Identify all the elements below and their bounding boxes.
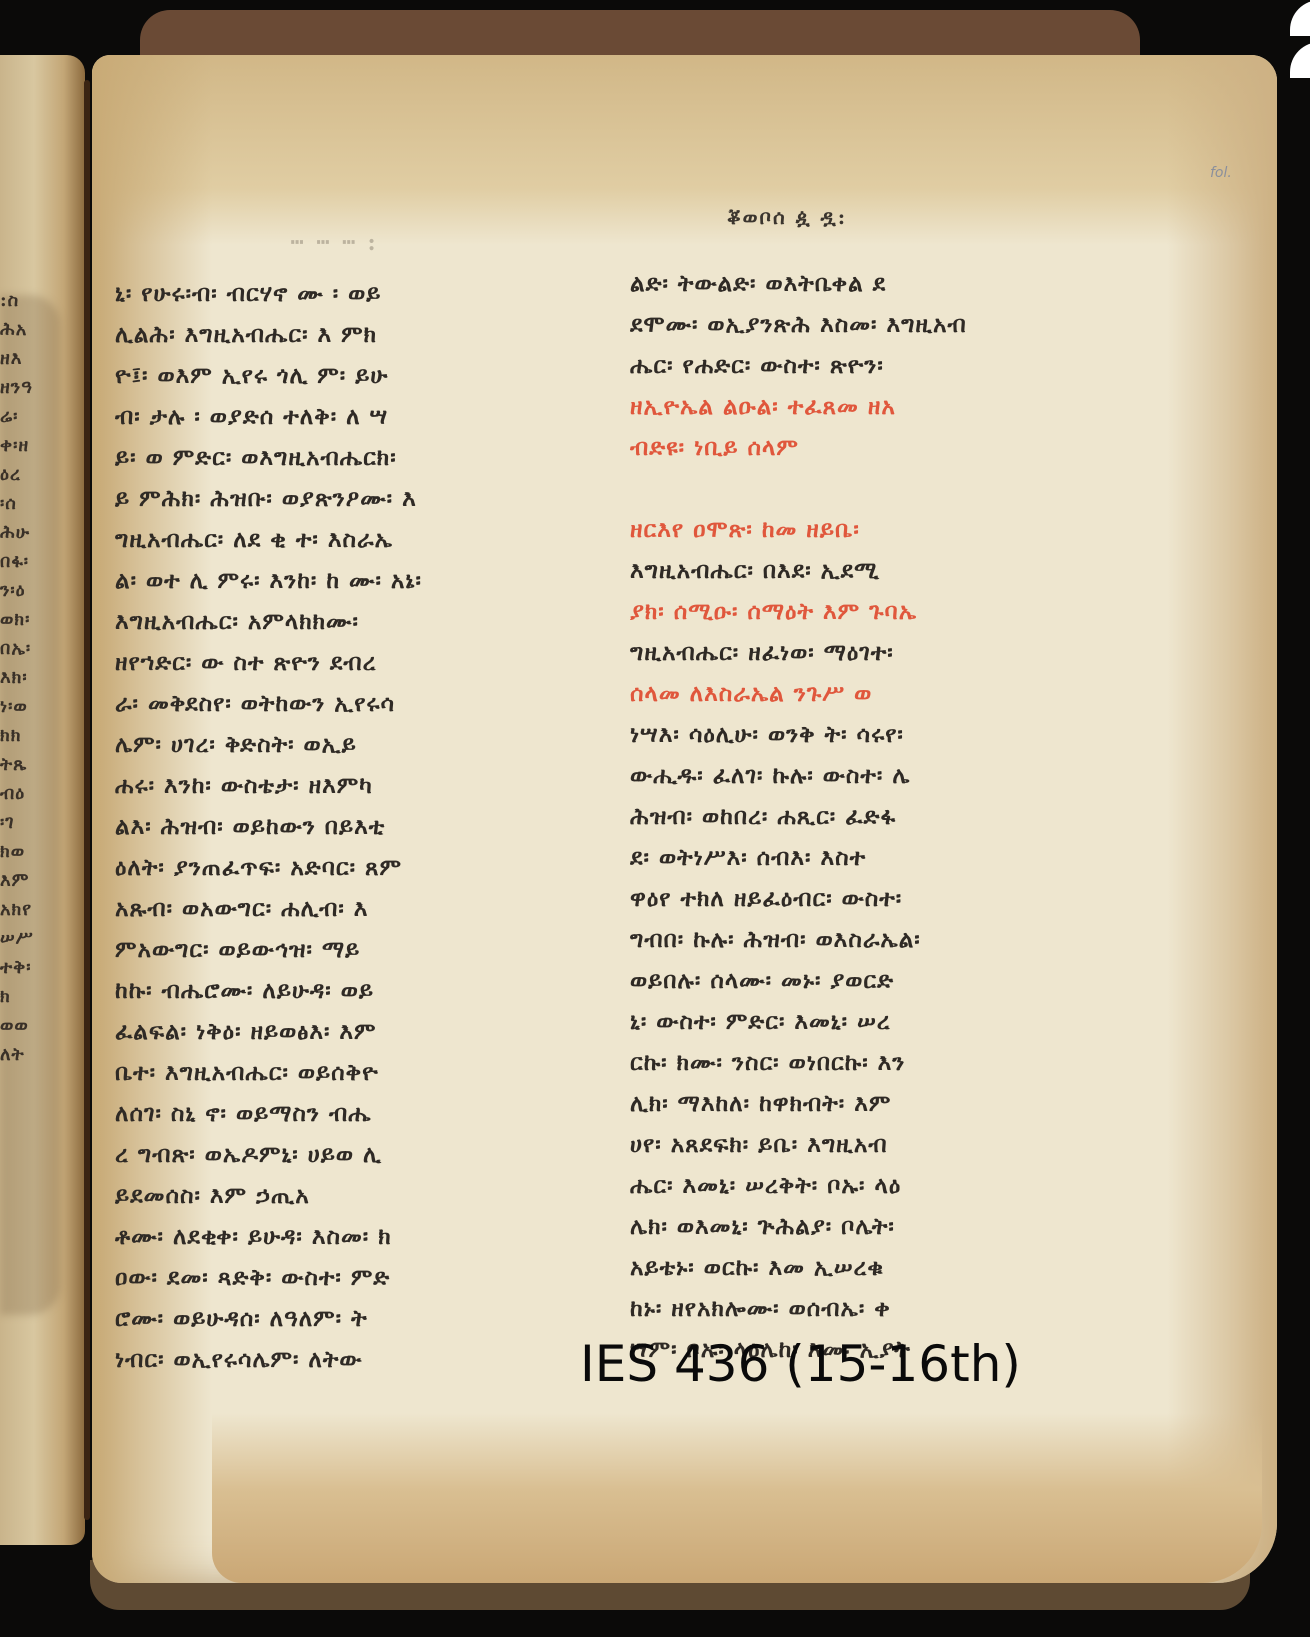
blank-line xyxy=(630,475,1090,516)
fragment: ሠሥ xyxy=(0,928,80,957)
cropped-page-number xyxy=(1290,0,1310,85)
text-line: ደ፡ ወትነሥእ፡ ሰብእ፡ እስተ xyxy=(630,844,1090,885)
fragment: ተቅ፡ xyxy=(0,957,80,986)
text-line: እግዚአብሔር፡ በእደ፡ ኢደሚ xyxy=(630,557,1090,598)
text-line: ሊልሕ፡ እግዚአብሔር፡ እ ምክ xyxy=(115,321,565,362)
text-line: ግዚአብሔር፡ ዘፈነወ፡ ማዕገተ፡ xyxy=(630,639,1090,680)
fragment: ብዕ xyxy=(0,783,80,812)
faded-running-title: ⵈ ⵈ ⵈ : xyxy=(290,230,378,256)
text-line: ሌክ፡ ወእመኒ፡ ጕሕልያ፡ ቦሌት፡ xyxy=(630,1213,1090,1254)
text-line: ነብር፡ ወኢየሩሳሌም፡ ለትው xyxy=(115,1346,565,1387)
text-line: ራ፡ መቅደስየ፡ ወትከውን ኢየሩሳ xyxy=(115,690,565,731)
text-line: ዐው፡ ደመ፡ ጻድቅ፡ ውስተ፡ ምድ xyxy=(115,1264,565,1305)
text-line: አጹብ፡ ወአውግር፡ ሐሊብ፡ እ xyxy=(115,895,565,936)
fragment: እክ፡ xyxy=(0,667,80,696)
fragment: ክ xyxy=(0,986,80,1015)
fragment: ዕረ xyxy=(0,464,80,493)
fragment: ክወ xyxy=(0,841,80,870)
fragment: አክየ xyxy=(0,899,80,928)
text-line: ርኩ፡ ክሙ፡ ንስር፡ ወነበርኩ፡ እን xyxy=(630,1049,1090,1090)
running-title: ቖወቦሰ ዿ ዷ: xyxy=(727,205,847,229)
fragment: ሕሁ xyxy=(0,522,80,551)
text-line: ይ ምሕክ፡ ሕዝቡ፡ ወያጽንዖሙ፡ እ xyxy=(115,485,565,526)
fragment: በፋ፡ xyxy=(0,551,80,580)
text-line: ነሣእ፡ ሳዕሊሁ፡ ወንቅ ት፡ ሳሩየ፡ xyxy=(630,721,1090,762)
text-line: ሐሩ፡ እንከ፡ ውስቴታ፡ ዘእምካ xyxy=(115,772,565,813)
text-line: ዕለት፡ ያንጠፈጥፍ፡ አድባር፡ ጸም xyxy=(115,854,565,895)
text-line: ውሒዱ፡ ፈለገ፡ ኩሉ፡ ውስተ፡ ሌ xyxy=(630,762,1090,803)
text-line: ልእ፡ ሕዝብ፡ ወይከውን በይእቲ xyxy=(115,813,565,854)
text-line: ግብበ፡ ኩሉ፡ ሕዝብ፡ ወእስራኤል፡ xyxy=(630,926,1090,967)
gutter xyxy=(84,80,90,1520)
fragment: :ስ xyxy=(0,290,80,319)
text-line: ሮሙ፡ ወይሁዳሰ፡ ለዓለም፡ ት xyxy=(115,1305,565,1346)
text-line: ከኑ፡ ዘየአክሎሙ፡ ወሰብኤ፡ ቀ xyxy=(630,1295,1090,1336)
fragment: ወወ xyxy=(0,1015,80,1044)
fragment: ቀ፡ዘ xyxy=(0,435,80,464)
text-line: ፈልፍል፡ ነቅዕ፡ ዘይወፅእ፡ እም xyxy=(115,1018,565,1059)
left-page-text-fragments: :ስ ሕአ ዘእ ዘንዓ ሬ፡ ቀ፡ዘ ዕረ ፡ሰ ሕሁ በፋ፡ ን፡ዕ ወክ፡… xyxy=(0,290,80,1073)
text-line: ሔር፡ የሐድር፡ ውስተ፡ ጽዮን፡ xyxy=(630,352,1090,393)
text-line: እግዚአብሔር፡ አምላክክሙ፡ xyxy=(115,608,565,649)
text-line: ዮ፤፡ ወእም ኢየሩ ጎሊ ም፡ ይሁ xyxy=(115,362,565,403)
text-line: ግዚአብሔር፡ ለደ ቂ ተ፡ እስራኤ xyxy=(115,526,565,567)
fragment: ን፡ዕ xyxy=(0,580,80,609)
text-line: ኒ፡ የሁሩ፡ብ፡ ብርሃኖ ሙ ፡ ወይ xyxy=(115,280,565,321)
text-line: ኒ፡ ውስተ፡ ምድር፡ እመኒ፡ ሠረ xyxy=(630,1008,1090,1049)
fragment: ለት xyxy=(0,1044,80,1073)
stain-top xyxy=(92,55,1277,245)
text-line: ብ፡ ታሉ ፡ ወያድሰ ተለቅ፡ ለ ሣ xyxy=(115,403,565,444)
fragment: ክክ xyxy=(0,725,80,754)
text-line: ዋዕየ ተክለ ዘይፈዕብር፡ ውስተ፡ xyxy=(630,885,1090,926)
left-text-column: ኒ፡ የሁሩ፡ብ፡ ብርሃኖ ሙ ፡ ወይ ሊልሕ፡ እግዚአብሔር፡ እ ምክ… xyxy=(115,280,565,1387)
fragment: ዘእ xyxy=(0,348,80,377)
rubric-line: ያክ፡ ሰሚዑ፡ ሰማዕት እም ጉባኤ xyxy=(630,598,1090,639)
fragment: ፡ገ xyxy=(0,812,80,841)
text-line: ወይበሉ፡ ሰላሙ፡ መኑ፡ ያወርድ xyxy=(630,967,1090,1008)
rubric-line: ሰላመ ለእስራኤል ንጉሥ ወ xyxy=(630,680,1090,721)
fragment: እም xyxy=(0,870,80,899)
fragment: በኤ፡ xyxy=(0,638,80,667)
fragment: ወክ፡ xyxy=(0,609,80,638)
rubric-line: ዘኢዮኤል ልዑል፡ ተፈጸመ ዘአ xyxy=(630,393,1090,434)
manuscript-photo: :ስ ሕአ ዘእ ዘንዓ ሬ፡ ቀ፡ዘ ዕረ ፡ሰ ሕሁ በፋ፡ ን፡ዕ ወክ፡… xyxy=(0,0,1310,1637)
rubric-line: ዘርእየ ዐሞጽ፡ ከመ ዘይቤ፡ xyxy=(630,516,1090,557)
text-line: ዘየኀድር፡ ው ስተ ጽዮን ደብረ xyxy=(115,649,565,690)
fragment: ሕአ xyxy=(0,319,80,348)
text-line: ይ፡ ወ ምድር፡ ወእግዚአብሔርክ፡ xyxy=(115,444,565,485)
fragment: ፡ሰ xyxy=(0,493,80,522)
stain-right xyxy=(1167,55,1277,1583)
right-text-column: ልድ፡ ትውልድ፡ ወእትቤቀል ደ ደሞሙ፡ ወኢያንጽሕ እስመ፡ እግዚአ… xyxy=(630,270,1090,1377)
fragment: ሬ፡ xyxy=(0,406,80,435)
text-line: ደሞሙ፡ ወኢያንጽሕ እስመ፡ እግዚአብ xyxy=(630,311,1090,352)
text-line: ለሰገ፡ ስኒ ኖ፡ ወይማስን ብሔ xyxy=(115,1100,565,1141)
text-line: ከኩ፡ ብሔሮሙ፡ ለይሁዳ፡ ወይ xyxy=(115,977,565,1018)
text-line: ሔር፡ እመኒ፡ ሠረቅት፡ ቦኡ፡ ላዕ xyxy=(630,1172,1090,1213)
fragment: ነ፡ወ xyxy=(0,696,80,725)
text-line: ሕዝብ፡ ወከበረ፡ ሐጺር፡ ፈድፋ xyxy=(630,803,1090,844)
rubric-line: ብድዩ፡ ነቢይ ሰላም xyxy=(630,434,1090,475)
text-line: ሌም፡ ሀገረ፡ ቅድስት፡ ወኢይ xyxy=(115,731,565,772)
text-line: ል፡ ወተ ሊ ምሩ፡ እንከ፡ ከ ሙ፡ አኔ፡ xyxy=(115,567,565,608)
stain-bottom xyxy=(212,1413,1262,1583)
text-line: ልድ፡ ትውልድ፡ ወእትቤቀል ደ xyxy=(630,270,1090,311)
text-line: ምአውግር፡ ወይውኅዝ፡ ማይ xyxy=(115,936,565,977)
shelfmark-caption: IES 436 (15-16th) xyxy=(580,1335,1021,1393)
text-line: ይደመሰስ፡ እም ኃጢአ xyxy=(115,1182,565,1223)
text-line: ሊክ፡ ማእከለ፡ ከዋክብት፡ እም xyxy=(630,1090,1090,1131)
folio-pencil-note: fol. xyxy=(1210,165,1232,181)
fragment: ትጼ xyxy=(0,754,80,783)
text-line: ቤተ፡ እግዚአብሔር፡ ወይሰቅዮ xyxy=(115,1059,565,1100)
text-line: ረ ግብጽ፡ ወኤዶምኒ፡ ሀይወ ሊ xyxy=(115,1141,565,1182)
text-line: ሀየ፡ አጸደፍክ፡ ይቤ፡ እግዚአብ xyxy=(630,1131,1090,1172)
text-line: ቶሙ፡ ለደቂቀ፡ ይሁዳ፡ እስመ፡ ክ xyxy=(115,1223,565,1264)
text-line: አይቴኑ፡ ወርኩ፡ እመ ኢሠረቁ xyxy=(630,1254,1090,1295)
fragment: ዘንዓ xyxy=(0,377,80,406)
